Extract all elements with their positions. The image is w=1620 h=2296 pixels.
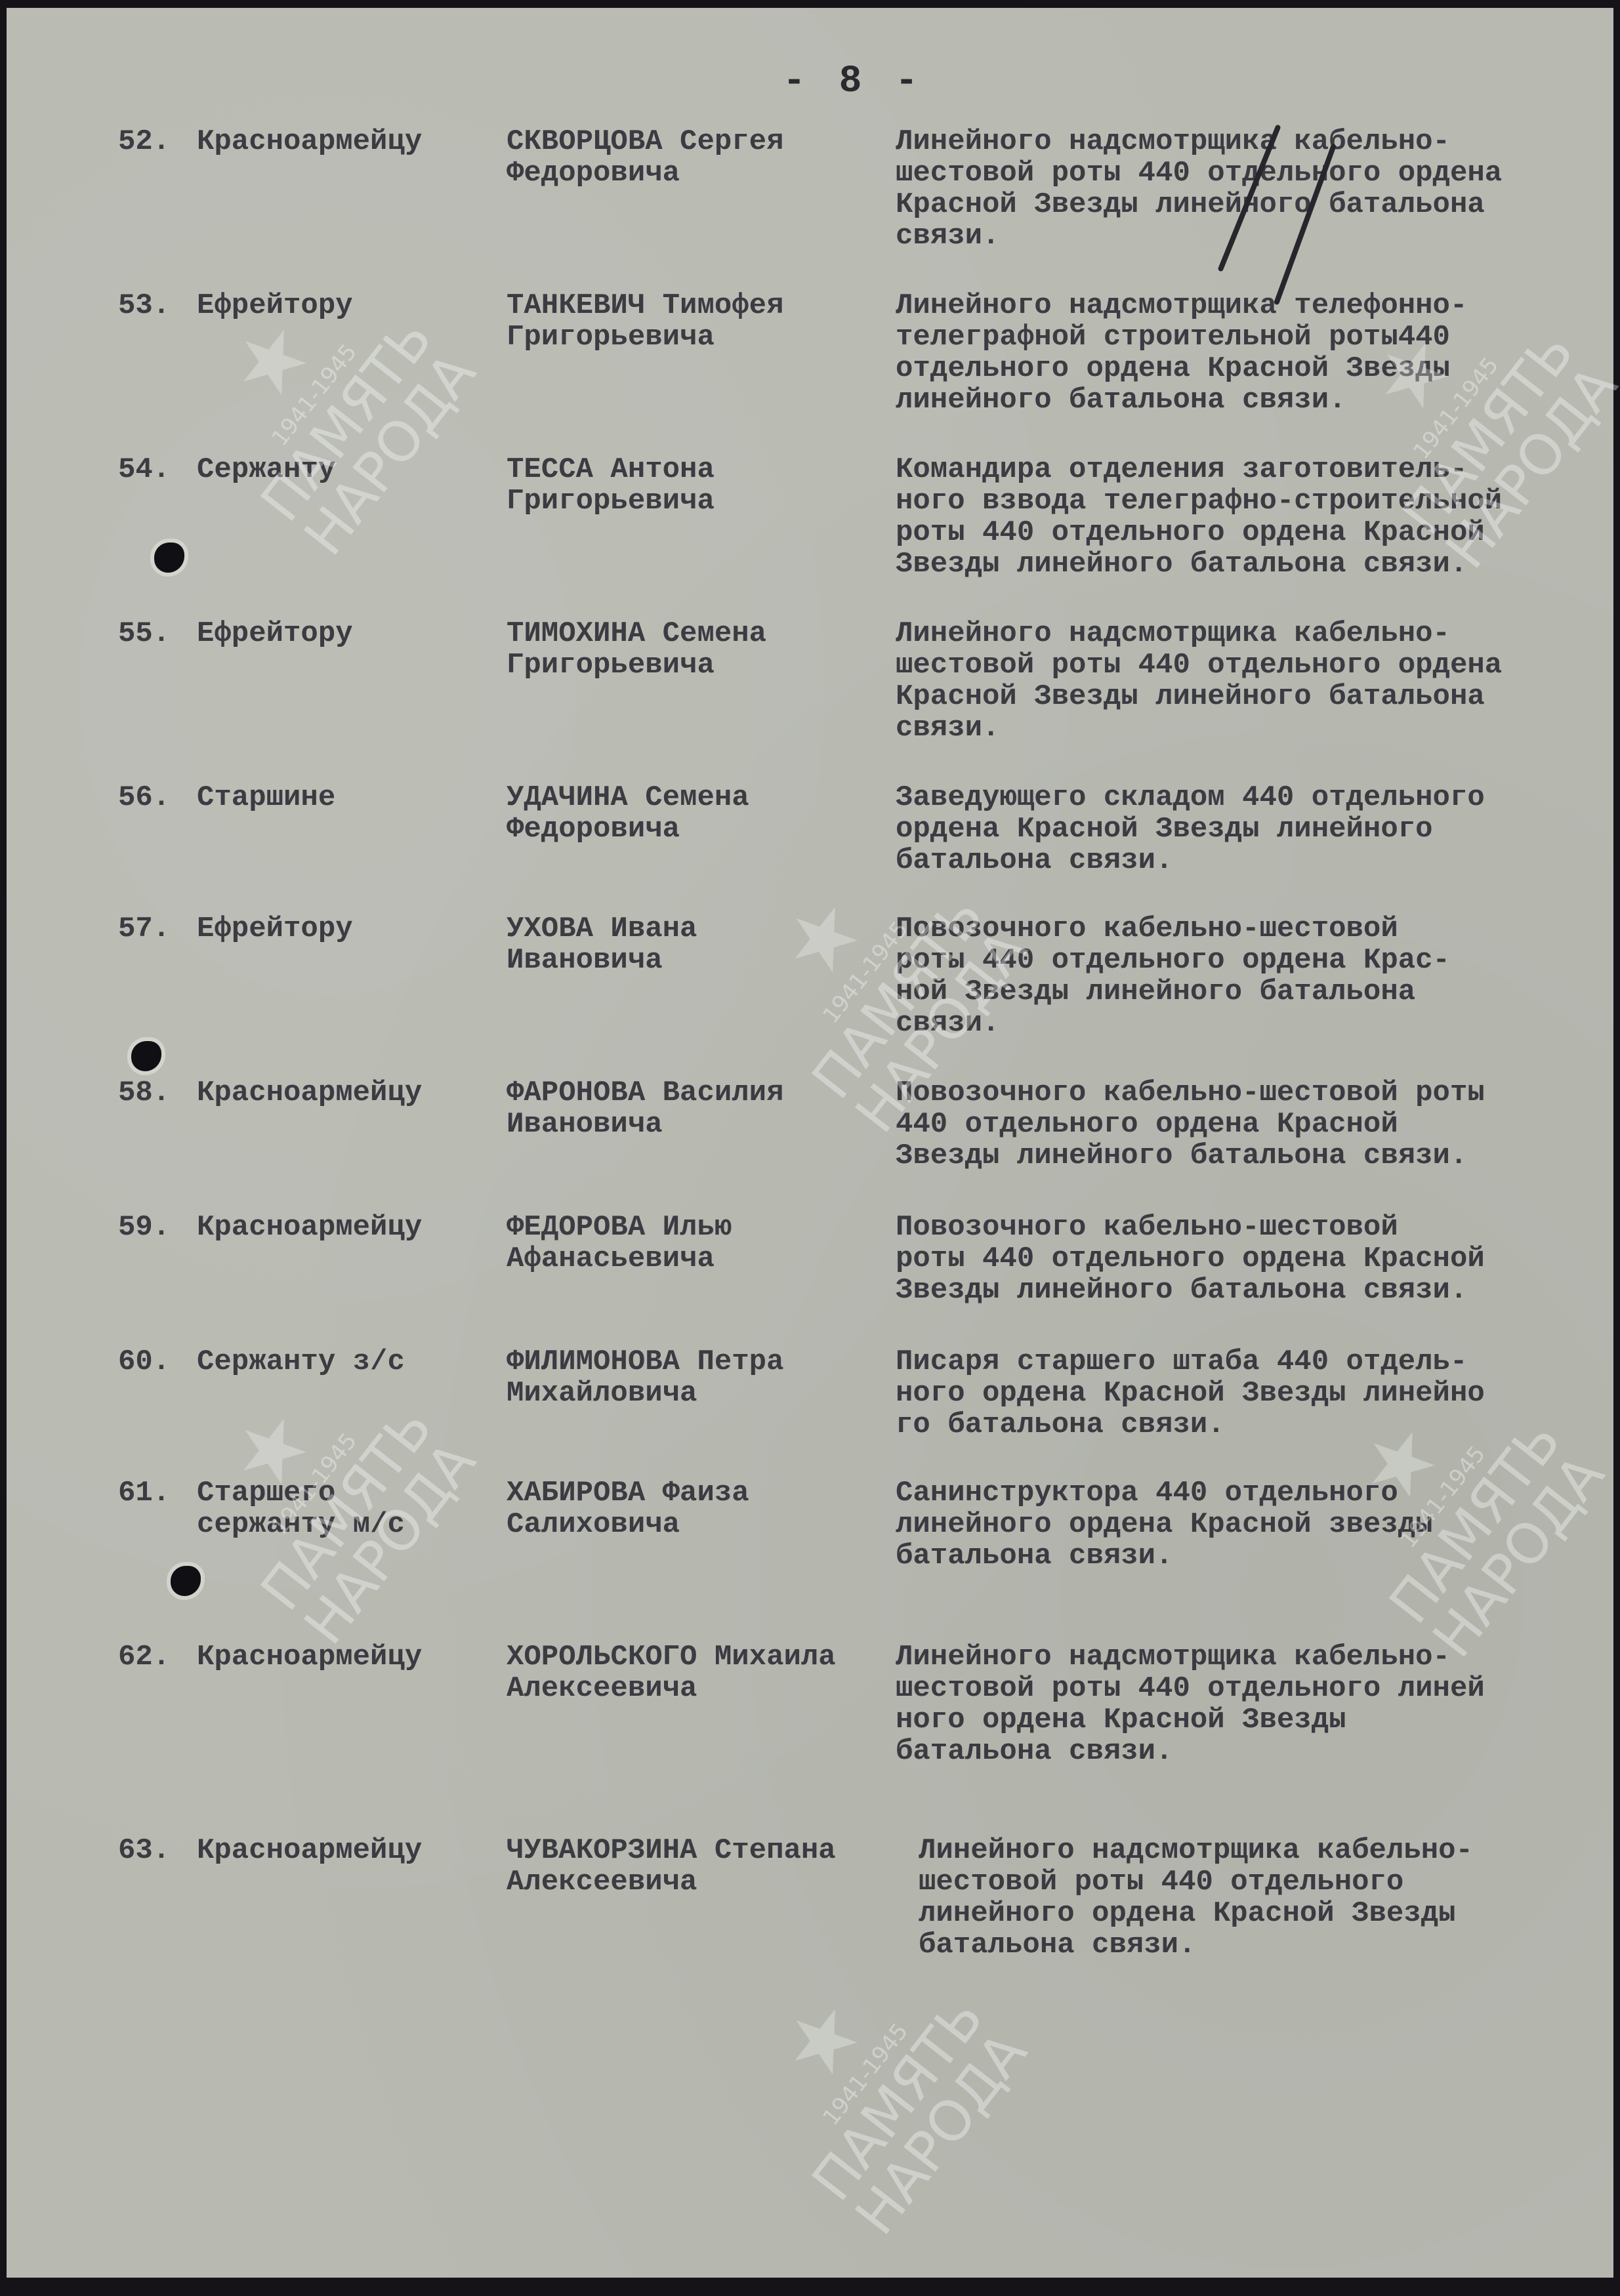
entry-description: Заведующего складом 440 отдельногоордена… xyxy=(896,782,1485,876)
entry-rank: Ефрейтору xyxy=(197,290,353,321)
entry-rank: Сержанту xyxy=(197,454,335,485)
entry-rank: Старшине xyxy=(197,782,335,813)
entry-rank: Красноармейцу xyxy=(197,1212,422,1243)
watermark: ★ 1941-1945 ПАМЯТЬ НАРОДА xyxy=(715,1921,1035,2244)
entry-name: УХОВА ИванаИвановича xyxy=(507,913,697,976)
entry-rank: Ефрейтору xyxy=(197,913,353,945)
entry-number: 57. xyxy=(118,913,170,945)
star-icon: ★ xyxy=(715,1921,928,2160)
entry-rank: Ефрейтору xyxy=(197,618,353,649)
entry-name: ТЕССА АнтонаГригорьевича xyxy=(507,454,715,517)
document-page: - 8 - 52.КрасноармейцуСКВОРЦОВА СергеяФе… xyxy=(7,8,1613,2278)
entry-description: Линейного надсмотрщика кабельно-шестовой… xyxy=(896,618,1502,744)
entry-number: 62. xyxy=(118,1641,170,1673)
entry-name: ТАНКЕВИЧ ТимофеяГригорьевича xyxy=(507,290,783,353)
star-icon: ★ xyxy=(164,241,377,480)
entry-description: Линейного надсмотрщика кабельно-шестовой… xyxy=(919,1835,1473,1961)
entry-rank: Старшегосержанту м/с xyxy=(197,1477,405,1540)
entry-description: Линейного надсмотрщика кабельно-шестовой… xyxy=(896,1641,1485,1767)
entry-name: ФИЛИМОНОВА ПетраМихайловича xyxy=(507,1346,783,1409)
entry-number: 54. xyxy=(118,454,170,485)
entry-number: 61. xyxy=(118,1477,170,1509)
entry-rank: Сержанту з/с xyxy=(197,1346,405,1378)
entry-number: 55. xyxy=(118,618,170,649)
entry-description: Повозочного кабельно-шестовойроты 440 от… xyxy=(896,1212,1485,1306)
entry-name: ХОРОЛЬСКОГО МихаилаАлексеевича xyxy=(507,1641,836,1704)
entry-rank: Красноармейцу xyxy=(197,1077,422,1109)
entry-name: УДАЧИНА СеменаФедоровича xyxy=(507,782,749,845)
entry-name: ХАБИРОВА ФаизаСалиховича xyxy=(507,1477,749,1540)
entry-description: Повозочного кабельно-шестовой роты440 от… xyxy=(896,1077,1485,1172)
entry-number: 58. xyxy=(118,1077,170,1109)
punch-hole xyxy=(154,543,184,573)
entry-number: 59. xyxy=(118,1212,170,1243)
entry-number: 60. xyxy=(118,1346,170,1378)
entry-rank: Красноармейцу xyxy=(197,1641,422,1673)
entry-description: Повозочного кабельно-шестовойроты 440 от… xyxy=(896,913,1450,1039)
entry-number: 52. xyxy=(118,126,170,157)
entry-name: ФЕДОРОВА ИльюАфанасьевича xyxy=(507,1212,732,1275)
entry-name: ЧУВАКОРЗИНА СтепанаАлексеевича xyxy=(507,1835,836,1898)
entry-number: 56. xyxy=(118,782,170,813)
entry-rank: Красноармейцу xyxy=(197,126,422,157)
entry-number: 63. xyxy=(118,1835,170,1866)
entry-description: Санинструктора 440 отдельноголинейного о… xyxy=(896,1477,1433,1572)
entry-number: 53. xyxy=(118,290,170,321)
entry-description: Писаря старшего штаба 440 отдель-ного ор… xyxy=(896,1346,1485,1441)
page-number: - 8 - xyxy=(774,60,932,103)
entry-name: СКВОРЦОВА СергеяФедоровича xyxy=(507,126,783,189)
entry-rank: Красноармейцу xyxy=(197,1835,422,1866)
entry-name: ФАРОНОВА ВасилияИвановича xyxy=(507,1077,783,1140)
punch-hole xyxy=(171,1566,201,1596)
entry-description: Линейного надсмотрщика телефонно-телегра… xyxy=(896,290,1467,416)
entry-description: Линейного надсмотрщика кабельно-шестовой… xyxy=(896,126,1502,252)
punch-hole xyxy=(131,1041,161,1071)
entry-description: Командира отделения заготовитель-ного вз… xyxy=(896,454,1502,580)
entry-name: ТИМОХИНА СеменаГригорьевича xyxy=(507,618,766,681)
